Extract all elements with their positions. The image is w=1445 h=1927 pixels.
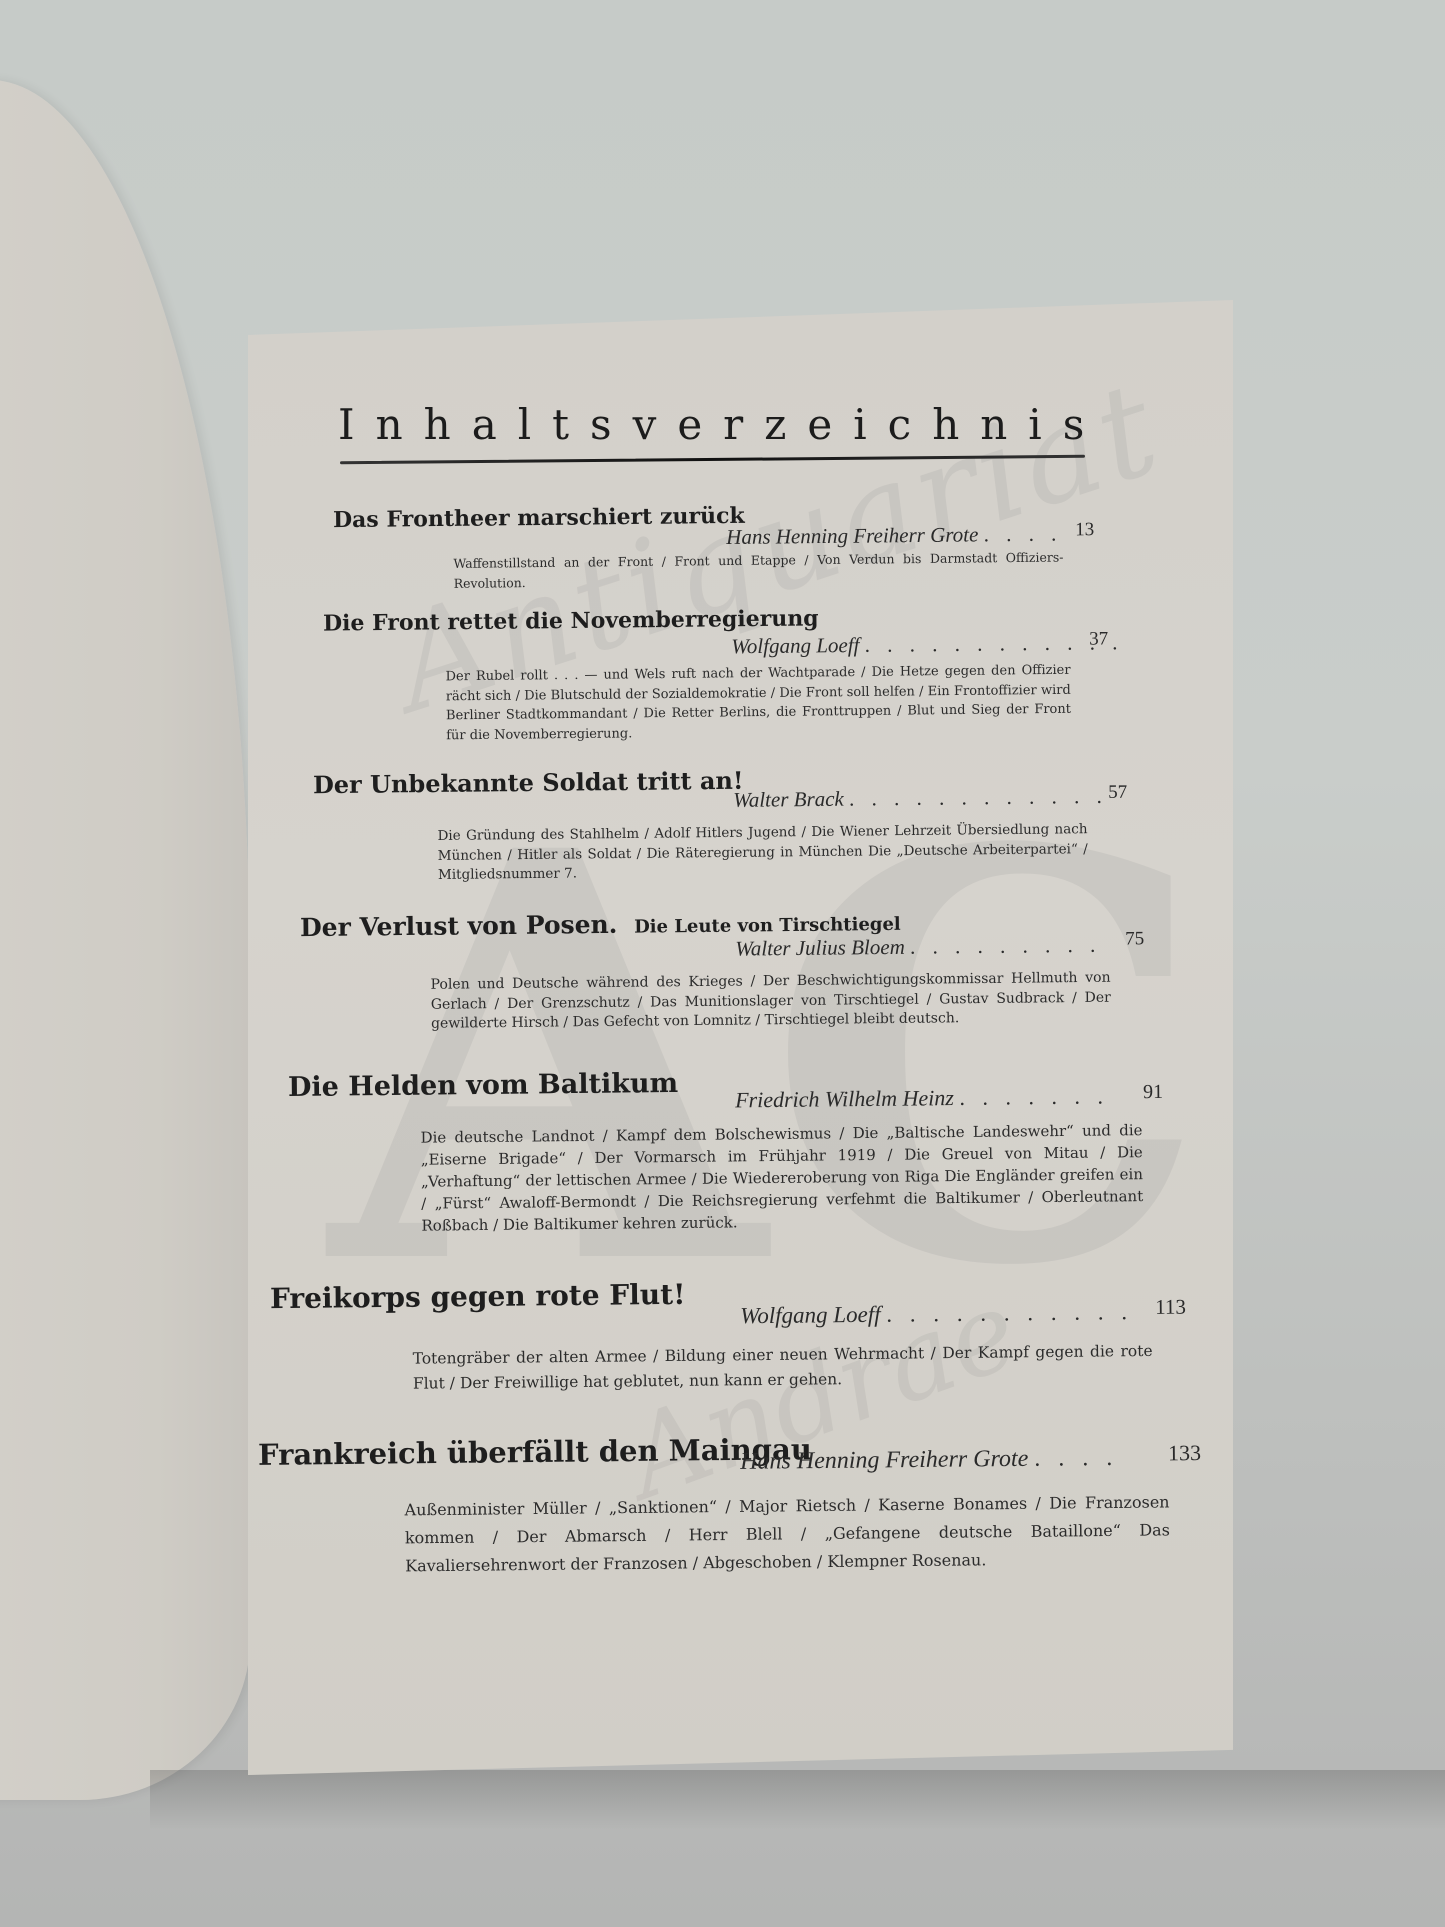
entry-page-number: 91 (1143, 1081, 1163, 1104)
page-shadow (150, 1770, 1445, 1830)
left-book-page (0, 80, 250, 1800)
entry-heading: Freikorps gegen rote Flut! (270, 1278, 686, 1315)
entry-summary: Die Gründung des Stahlhelm / Adolf Hitle… (437, 820, 1088, 885)
entry-subheading: Die Leute von Tirschtiegel (634, 914, 901, 938)
entry-author-line: Walter Julius Bloem . . . . . . . . . (735, 933, 1101, 962)
leader-dots: . . . . . . . . . (910, 933, 1101, 959)
entry-heading: Frankreich überfällt den Maingau (258, 1432, 812, 1472)
entry-author: Friedrich Wilhelm Heinz (735, 1085, 954, 1112)
entry-page-number: 113 (1155, 1295, 1186, 1320)
entry-author: Walter Brack (733, 787, 844, 812)
toc-entry: Frankreich überfällt den Maingau Hans He… (258, 1432, 812, 1472)
entry-author-line: Hans Henning Freiherr Grote . . . . (726, 522, 1062, 551)
entry-heading: Die Helden vom Baltikum (288, 1068, 678, 1103)
toc-entry: Das Frontheer marschiert zurück Hans Hen… (333, 503, 745, 533)
entry-page-number: 133 (1168, 1440, 1201, 1466)
leader-dots: . . . . (983, 522, 1062, 547)
entry-heading: Das Frontheer marschiert zurück (333, 503, 745, 533)
entry-summary: Der Rubel rollt . . . — und Wels ruft na… (445, 661, 1071, 746)
page-title: Inhaltsverzeichnis (338, 400, 1098, 449)
leader-dots: . . . . . . . . . . . . (849, 784, 1108, 811)
entry-page-number: 13 (1075, 519, 1094, 541)
entry-author-line: Hans Henning Freiherr Grote . . . . (740, 1445, 1118, 1476)
leader-dots: . . . . . . . . . . . . (865, 630, 1124, 657)
leader-dots: . . . . . . . . . . . (886, 1299, 1133, 1327)
entry-summary: Polen und Deutsche während des Krieges /… (431, 969, 1112, 1035)
entry-author-line: Wolfgang Loeff . . . . . . . . . . . (740, 1299, 1133, 1329)
entry-author: Wolfgang Loeff (740, 1302, 881, 1328)
toc-entry: Die Helden vom Baltikum Friedrich Wilhel… (288, 1068, 678, 1103)
entry-summary: Außenminister Müller / „Sanktionen“ / Ma… (404, 1488, 1170, 1580)
toc-entry: Der Verlust von Posen. Die Leute von Tir… (300, 907, 901, 942)
entry-page-number: 57 (1108, 782, 1127, 804)
entry-page-number: 37 (1089, 628, 1108, 650)
entry-summary: Waffenstillstand an der Front / Front un… (453, 548, 1063, 593)
entry-summary: Die deutsche Landnot / Kampf dem Bolsche… (420, 1119, 1143, 1237)
toc-entry: Die Front rettet die Novemberregierung W… (323, 605, 819, 636)
entry-heading-main: Der Verlust von Posen. (300, 910, 618, 942)
leader-dots: . . . . . . . (959, 1083, 1109, 1110)
entry-summary: Totengräber der alten Armee / Bildung ei… (413, 1339, 1153, 1397)
leader-dots: . . . . (1034, 1445, 1118, 1472)
entry-author-line: Walter Brack . . . . . . . . . . . . (733, 784, 1108, 813)
entry-author-line: Friedrich Wilhelm Heinz . . . . . . . (735, 1083, 1109, 1113)
entry-heading: Der Unbekannte Soldat tritt an! (313, 766, 744, 800)
toc-entry: Der Unbekannte Soldat tritt an! Walter B… (313, 766, 744, 800)
entry-page-number: 75 (1125, 928, 1144, 950)
toc-entry: Freikorps gegen rote Flut! Wolfgang Loef… (270, 1278, 686, 1315)
entry-author: Walter Julius Bloem (735, 935, 905, 961)
entry-author: Wolfgang Loeff (731, 633, 859, 658)
entry-author: Hans Henning Freiherr Grote (726, 522, 978, 549)
entry-author-line: Wolfgang Loeff . . . . . . . . . . . . (731, 630, 1123, 659)
entry-heading: Die Front rettet die Novemberregierung (323, 605, 819, 636)
entry-author: Hans Henning Freiherr Grote (740, 1446, 1028, 1475)
